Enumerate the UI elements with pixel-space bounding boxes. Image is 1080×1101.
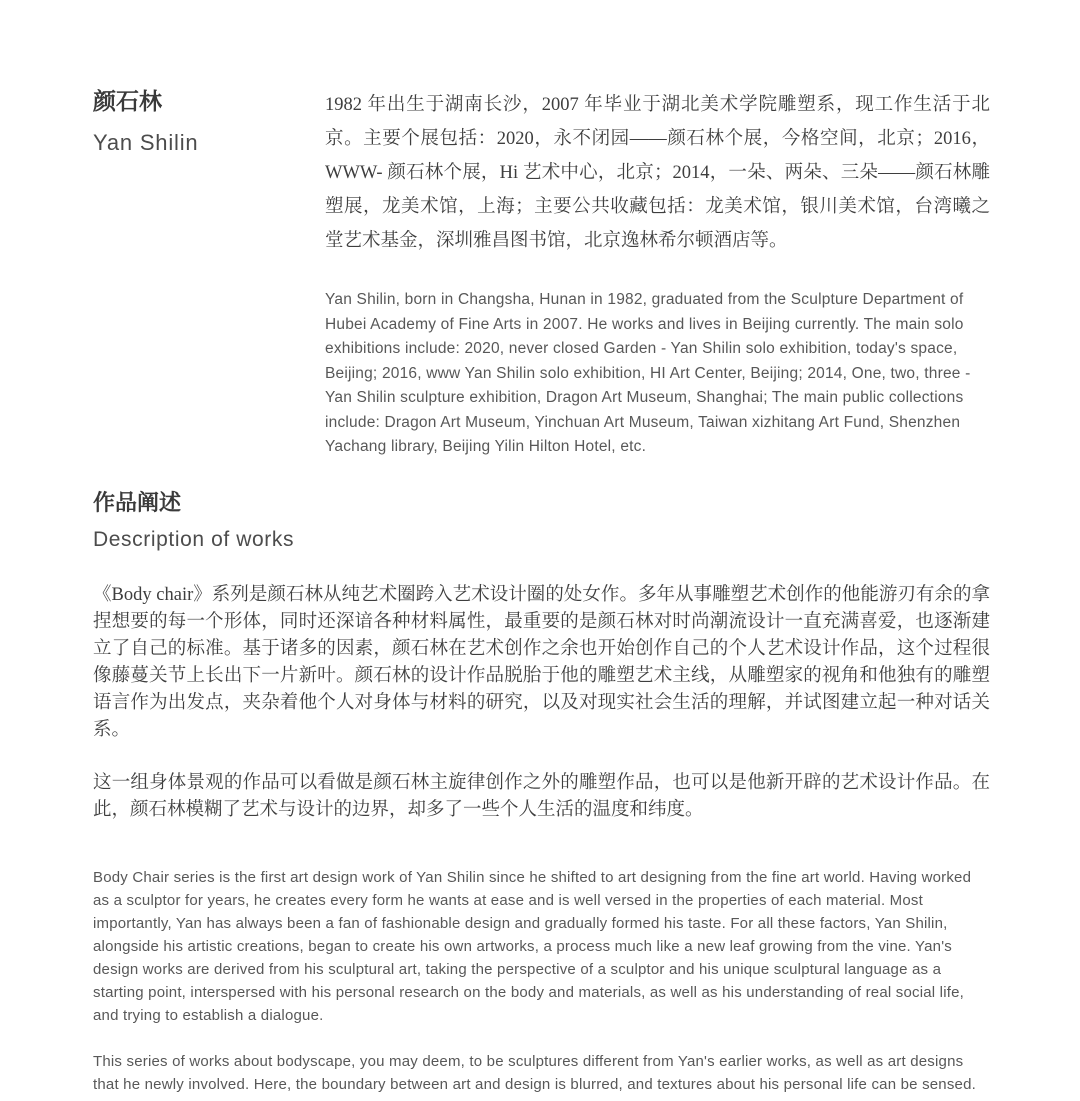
section-title-en: Description of works [93,528,990,552]
artist-header: 颜石林 Yan Shilin 1982 年出生于湖南长沙，2007 年毕业于湖北… [93,88,990,460]
section-header: 作品阐述 Description of works [93,486,990,552]
artist-bio-chinese: 1982 年出生于湖南长沙，2007 年毕业于湖北美术学院雕塑系，现工作生活于北… [325,88,990,258]
artist-bio-english: Yan Shilin, born in Changsha, Hunan in 1… [325,288,990,460]
description-para2-english: This series of works about bodyscape, yo… [93,1050,990,1096]
description-para1-chinese: 《Body chair》系列是颜石林从纯艺术圈跨入艺术设计圈的处女作。多年从事雕… [93,582,990,744]
description-para2-chinese: 这一组身体景观的作品可以看做是颜石林主旋律创作之外的雕塑作品，也可以是他新开辟的… [93,770,990,824]
description-para1-english: Body Chair series is the first art desig… [93,866,990,1027]
artist-name-block: 颜石林 Yan Shilin [93,88,325,156]
description-body: 《Body chair》系列是颜石林从纯艺术圈跨入艺术设计圈的处女作。多年从事雕… [93,582,990,1096]
section-title-zh: 作品阐述 [93,486,990,517]
document-page: 颜石林 Yan Shilin 1982 年出生于湖南长沙，2007 年毕业于湖北… [0,0,1080,1101]
artist-bio-block: 1982 年出生于湖南长沙，2007 年毕业于湖北美术学院雕塑系，现工作生活于北… [325,88,990,460]
artist-name-en: Yan Shilin [93,130,325,156]
artist-name-zh: 颜石林 [93,88,325,116]
